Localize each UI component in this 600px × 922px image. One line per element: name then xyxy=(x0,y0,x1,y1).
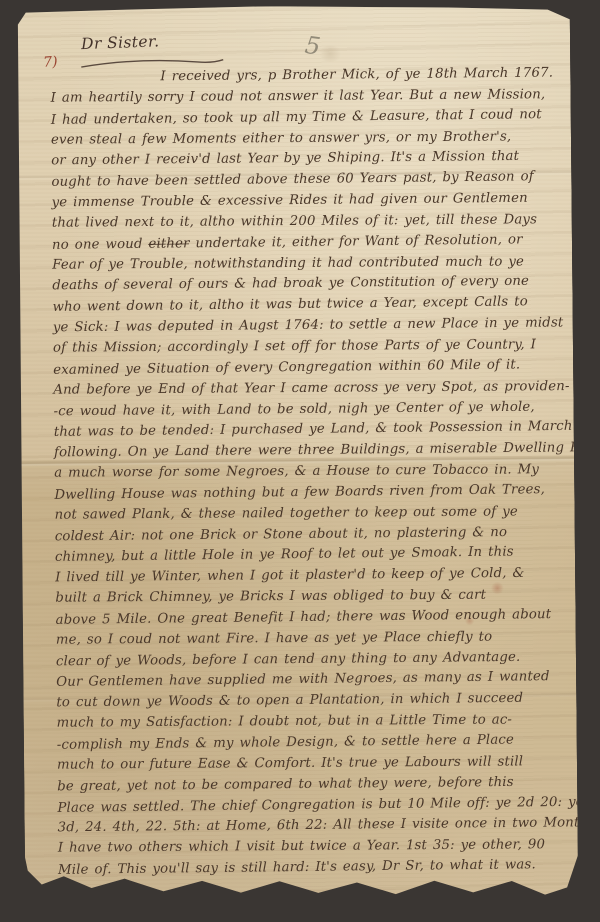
letter-line: not sawed Plank, & these nailed together… xyxy=(55,502,563,526)
paper-stain xyxy=(317,46,343,62)
letter-line: even steal a few Moments either to answe… xyxy=(51,127,559,151)
letter-line: Fear of ye Trouble, notwithstanding it h… xyxy=(52,252,560,276)
letter-body: I received yrs, p Brother Mick, of ye 18… xyxy=(50,63,566,881)
salutation: Dr Sister. xyxy=(81,32,160,53)
manuscript-page: 7) 5 Dr Sister. I received yrs, p Brothe… xyxy=(17,3,579,900)
letter-line: me, so I coud not want Fire. I have as y… xyxy=(56,627,564,651)
manuscript-photo: 7) 5 Dr Sister. I received yrs, p Brothe… xyxy=(0,0,600,922)
letter-line: much to our future Ease & Comfort. It's … xyxy=(57,752,565,776)
letter-line: And before ye End of that Year I came ac… xyxy=(53,377,561,401)
pencil-page-annotation: 5 xyxy=(303,31,322,61)
letter-line: Mile of. This you'll say is still hard: … xyxy=(58,855,566,882)
